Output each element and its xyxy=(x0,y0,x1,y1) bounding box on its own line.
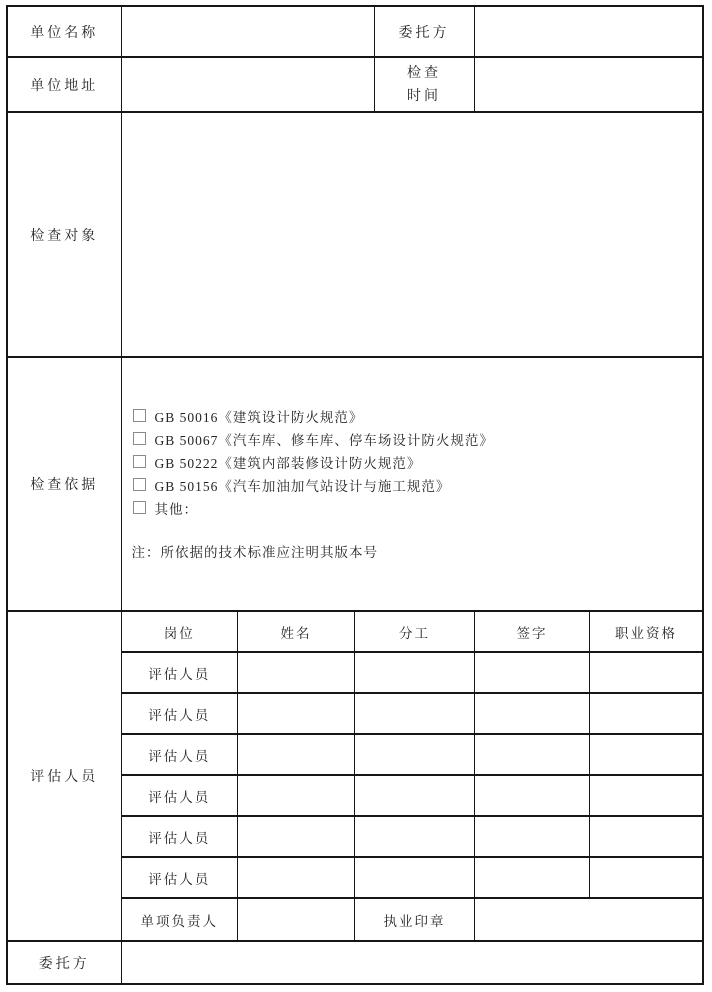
inspection-object-value-cell[interactable] xyxy=(121,112,703,357)
assessor-position-cell: 评估人员 xyxy=(122,816,238,857)
row-client-bottom: 委托方 xyxy=(7,941,703,984)
unit-name-value-cell[interactable] xyxy=(121,6,374,57)
assessor-position-cell: 评估人员 xyxy=(122,857,238,898)
client-top-value-cell[interactable] xyxy=(474,6,703,57)
inspection-time-label: 检查 时间 xyxy=(374,57,474,112)
basis-option: GB 50222《建筑内部装修设计防火规范》 xyxy=(132,450,703,473)
assessor-division-cell[interactable] xyxy=(355,775,475,816)
assessor-division-cell[interactable] xyxy=(355,816,475,857)
inspection-basis-content-cell: GB 50016《建筑设计防火规范》 GB 50067《汽车库、修车库、停车场设… xyxy=(121,357,703,611)
basis-option: GB 50067《汽车库、修车库、停车场设计防火规范》 xyxy=(132,427,703,450)
checkbox-icon[interactable] xyxy=(133,432,146,445)
basis-option-label: GB 50222《建筑内部装修设计防火规范》 xyxy=(155,452,422,472)
inspection-time-label-line1: 检查 xyxy=(375,62,474,85)
assessor-row: 评估人员 xyxy=(122,734,703,775)
form-sheet: 单位名称 委托方 单位地址 检查 时间 检查对象 检查依据 xyxy=(0,0,712,992)
seal-value-cell[interactable] xyxy=(475,898,703,940)
row-unit-address: 单位地址 检查 时间 xyxy=(7,57,703,112)
assessor-row: 评估人员 xyxy=(122,857,703,898)
assessor-name-cell[interactable] xyxy=(238,775,355,816)
basis-option: GB 50156《汽车加油加气站设计与施工规范》 xyxy=(132,473,703,496)
assessor-division-cell[interactable] xyxy=(355,857,475,898)
personnel-header-division: 分工 xyxy=(355,612,475,652)
inspection-form-table: 单位名称 委托方 单位地址 检查 时间 检查对象 检查依据 xyxy=(6,5,704,985)
personnel-table-cell: 岗位 姓名 分工 签字 职业资格 评估人员 xyxy=(121,611,703,941)
assessor-signature-cell[interactable] xyxy=(475,857,590,898)
checkbox-icon[interactable] xyxy=(133,478,146,491)
checkbox-icon[interactable] xyxy=(133,455,146,468)
assessor-name-cell[interactable] xyxy=(238,734,355,775)
row-inspection-object: 检查对象 xyxy=(7,112,703,357)
basis-option-label: 其他： xyxy=(155,498,199,518)
assessor-name-cell[interactable] xyxy=(238,652,355,693)
basis-option: GB 50016《建筑设计防火规范》 xyxy=(132,404,703,427)
assessor-signature-cell[interactable] xyxy=(475,693,590,734)
personnel-header-name: 姓名 xyxy=(238,612,355,652)
assessor-division-cell[interactable] xyxy=(355,693,475,734)
personnel-header-signature: 签字 xyxy=(475,612,590,652)
assessor-qualification-cell[interactable] xyxy=(590,693,703,734)
assessor-qualification-cell[interactable] xyxy=(590,816,703,857)
personnel-header-qualification: 职业资格 xyxy=(590,612,703,652)
row-personnel: 评估人员 岗位 姓名 xyxy=(7,611,703,941)
assessor-position-cell: 评估人员 xyxy=(122,693,238,734)
inspection-object-label: 检查对象 xyxy=(7,112,121,357)
assessor-name-cell[interactable] xyxy=(238,693,355,734)
assessor-row: 评估人员 xyxy=(122,816,703,857)
inspection-time-label-line2: 时间 xyxy=(375,85,474,108)
inspection-basis-label: 检查依据 xyxy=(7,357,121,611)
personnel-label: 评估人员 xyxy=(7,611,121,941)
assessor-signature-cell[interactable] xyxy=(475,734,590,775)
row-unit-name: 单位名称 委托方 xyxy=(7,6,703,57)
seal-label: 执业印章 xyxy=(355,898,475,940)
unit-address-label: 单位地址 xyxy=(7,57,121,112)
unit-name-label: 单位名称 xyxy=(7,6,121,57)
basis-option-other: 其他： xyxy=(132,496,703,519)
assessor-row: 评估人员 xyxy=(122,693,703,734)
assessor-division-cell[interactable] xyxy=(355,734,475,775)
personnel-header-row: 岗位 姓名 分工 签字 职业资格 xyxy=(122,612,703,652)
basis-note: 注：所依据的技术标准应注明其版本号 xyxy=(132,541,703,564)
assessor-qualification-cell[interactable] xyxy=(590,652,703,693)
assessor-division-cell[interactable] xyxy=(355,652,475,693)
personnel-header-position: 岗位 xyxy=(122,612,238,652)
row-inspection-basis: 检查依据 GB 50016《建筑设计防火规范》 GB 50067《汽车库、修车库… xyxy=(7,357,703,611)
checkbox-icon[interactable] xyxy=(133,409,146,422)
client-bottom-value-cell[interactable] xyxy=(121,941,703,984)
assessor-position-cell: 评估人员 xyxy=(122,775,238,816)
basis-option-label: GB 50016《建筑设计防火规范》 xyxy=(155,406,364,426)
assessor-row: 评估人员 xyxy=(122,652,703,693)
checkbox-icon[interactable] xyxy=(133,501,146,514)
leader-name-cell[interactable] xyxy=(238,898,355,940)
unit-address-value-cell[interactable] xyxy=(121,57,374,112)
personnel-table: 岗位 姓名 分工 签字 职业资格 评估人员 xyxy=(122,612,703,940)
leader-position-label: 单项负责人 xyxy=(122,898,238,940)
assessor-signature-cell[interactable] xyxy=(475,775,590,816)
client-top-label: 委托方 xyxy=(374,6,474,57)
client-bottom-label: 委托方 xyxy=(7,941,121,984)
leader-row: 单项负责人 执业印章 xyxy=(122,898,703,940)
assessor-name-cell[interactable] xyxy=(238,857,355,898)
assessor-position-cell: 评估人员 xyxy=(122,734,238,775)
assessor-position-cell: 评估人员 xyxy=(122,652,238,693)
basis-option-label: GB 50067《汽车库、修车库、停车场设计防火规范》 xyxy=(155,429,494,449)
assessor-name-cell[interactable] xyxy=(238,816,355,857)
basis-option-label: GB 50156《汽车加油加气站设计与施工规范》 xyxy=(155,475,451,495)
assessor-qualification-cell[interactable] xyxy=(590,857,703,898)
inspection-basis-block: GB 50016《建筑设计防火规范》 GB 50067《汽车库、修车库、停车场设… xyxy=(122,404,703,564)
assessor-signature-cell[interactable] xyxy=(475,816,590,857)
assessor-signature-cell[interactable] xyxy=(475,652,590,693)
assessor-qualification-cell[interactable] xyxy=(590,734,703,775)
assessor-row: 评估人员 xyxy=(122,775,703,816)
inspection-time-value-cell[interactable] xyxy=(474,57,703,112)
assessor-qualification-cell[interactable] xyxy=(590,775,703,816)
